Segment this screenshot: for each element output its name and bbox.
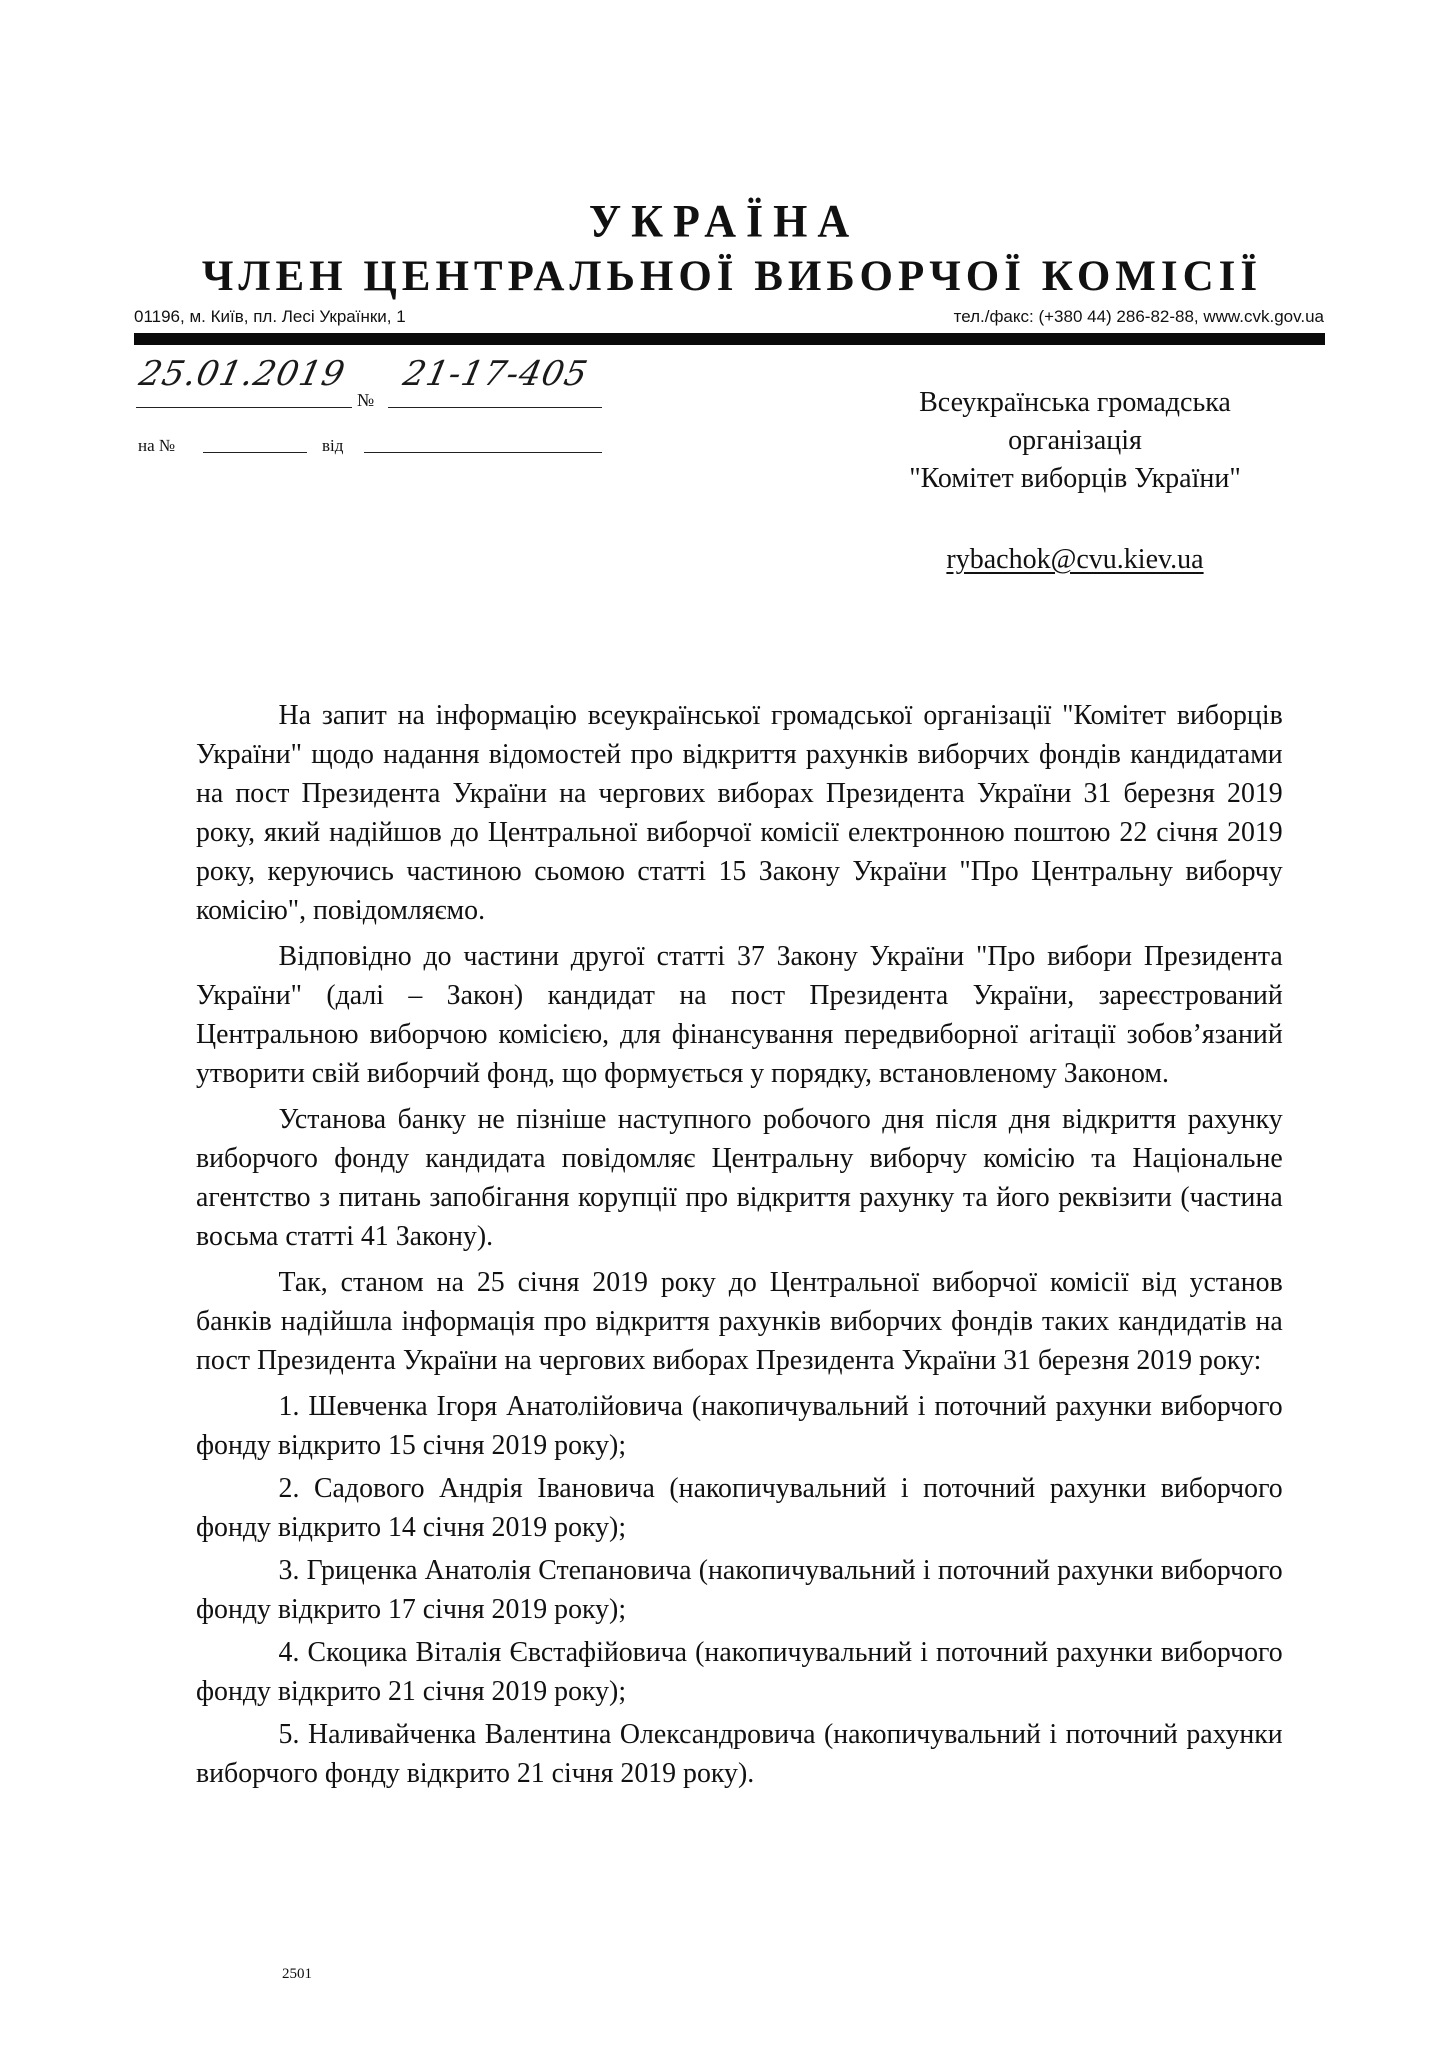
page-code: 2501 bbox=[282, 1966, 312, 1983]
candidate-item: 1. Шевченка Ігоря Анатолійовича (накопич… bbox=[196, 1387, 1283, 1465]
number-underline bbox=[388, 407, 602, 408]
letterhead-org-title: ЧЛЕН ЦЕНТРАЛЬНОЇ ВИБОРЧОЇ КОМІСІЇ bbox=[142, 252, 1322, 301]
candidate-item: 2. Садового Андрія Івановича (накопичува… bbox=[196, 1469, 1283, 1547]
letterhead-divider bbox=[134, 333, 1325, 345]
recipient-line-1: Всеукраїнська громадська bbox=[840, 384, 1310, 422]
body-paragraph: Відповідно до частини другої статті 37 З… bbox=[196, 937, 1283, 1093]
recipient-line-3: "Комітет виборців України" bbox=[840, 460, 1310, 498]
letterhead-address: 01196, м. Київ, пл. Лесі Українки, 1 bbox=[134, 307, 406, 327]
candidate-list: 1. Шевченка Ігоря Анатолійовича (накопич… bbox=[196, 1387, 1283, 1793]
body-paragraph: На запит на інформацію всеукраїнської гр… bbox=[196, 696, 1283, 930]
recipient-email-link[interactable]: rybachok@cvu.kiev.ua bbox=[946, 544, 1203, 575]
reply-to-field bbox=[203, 452, 307, 453]
handwritten-number: 21-17-405 bbox=[400, 354, 592, 394]
letterhead-country: УКРАЇНА bbox=[0, 195, 1448, 249]
candidate-item: 5. Наливайченка Валентина Олександровича… bbox=[196, 1715, 1283, 1793]
body-paragraph: Установа банку не пізніше наступного роб… bbox=[196, 1100, 1283, 1256]
candidate-item: 3. Гриценка Анатолія Степановича (накопи… bbox=[196, 1551, 1283, 1629]
from-label: від bbox=[322, 436, 343, 456]
date-underline bbox=[136, 407, 352, 408]
reply-to-label: на № bbox=[138, 436, 175, 456]
from-field bbox=[364, 452, 602, 453]
recipient-email-row: rybachok@cvu.kiev.ua bbox=[840, 544, 1310, 576]
recipient-line-2: організація bbox=[840, 422, 1310, 460]
candidate-item: 4. Скоцика Віталія Євстафійовича (накопи… bbox=[196, 1633, 1283, 1711]
recipient-block: Всеукраїнська громадська організація "Ко… bbox=[840, 384, 1310, 498]
letterhead-contacts: тел./факс: (+380 44) 286-82-88, www.cvk.… bbox=[954, 307, 1324, 327]
number-sign: № bbox=[357, 390, 374, 411]
letter-body: На запит на інформацію всеукраїнської гр… bbox=[196, 696, 1283, 1797]
handwritten-date: 25.01.2019 bbox=[136, 354, 349, 394]
body-paragraph: Так, станом на 25 січня 2019 року до Цен… bbox=[196, 1263, 1283, 1380]
